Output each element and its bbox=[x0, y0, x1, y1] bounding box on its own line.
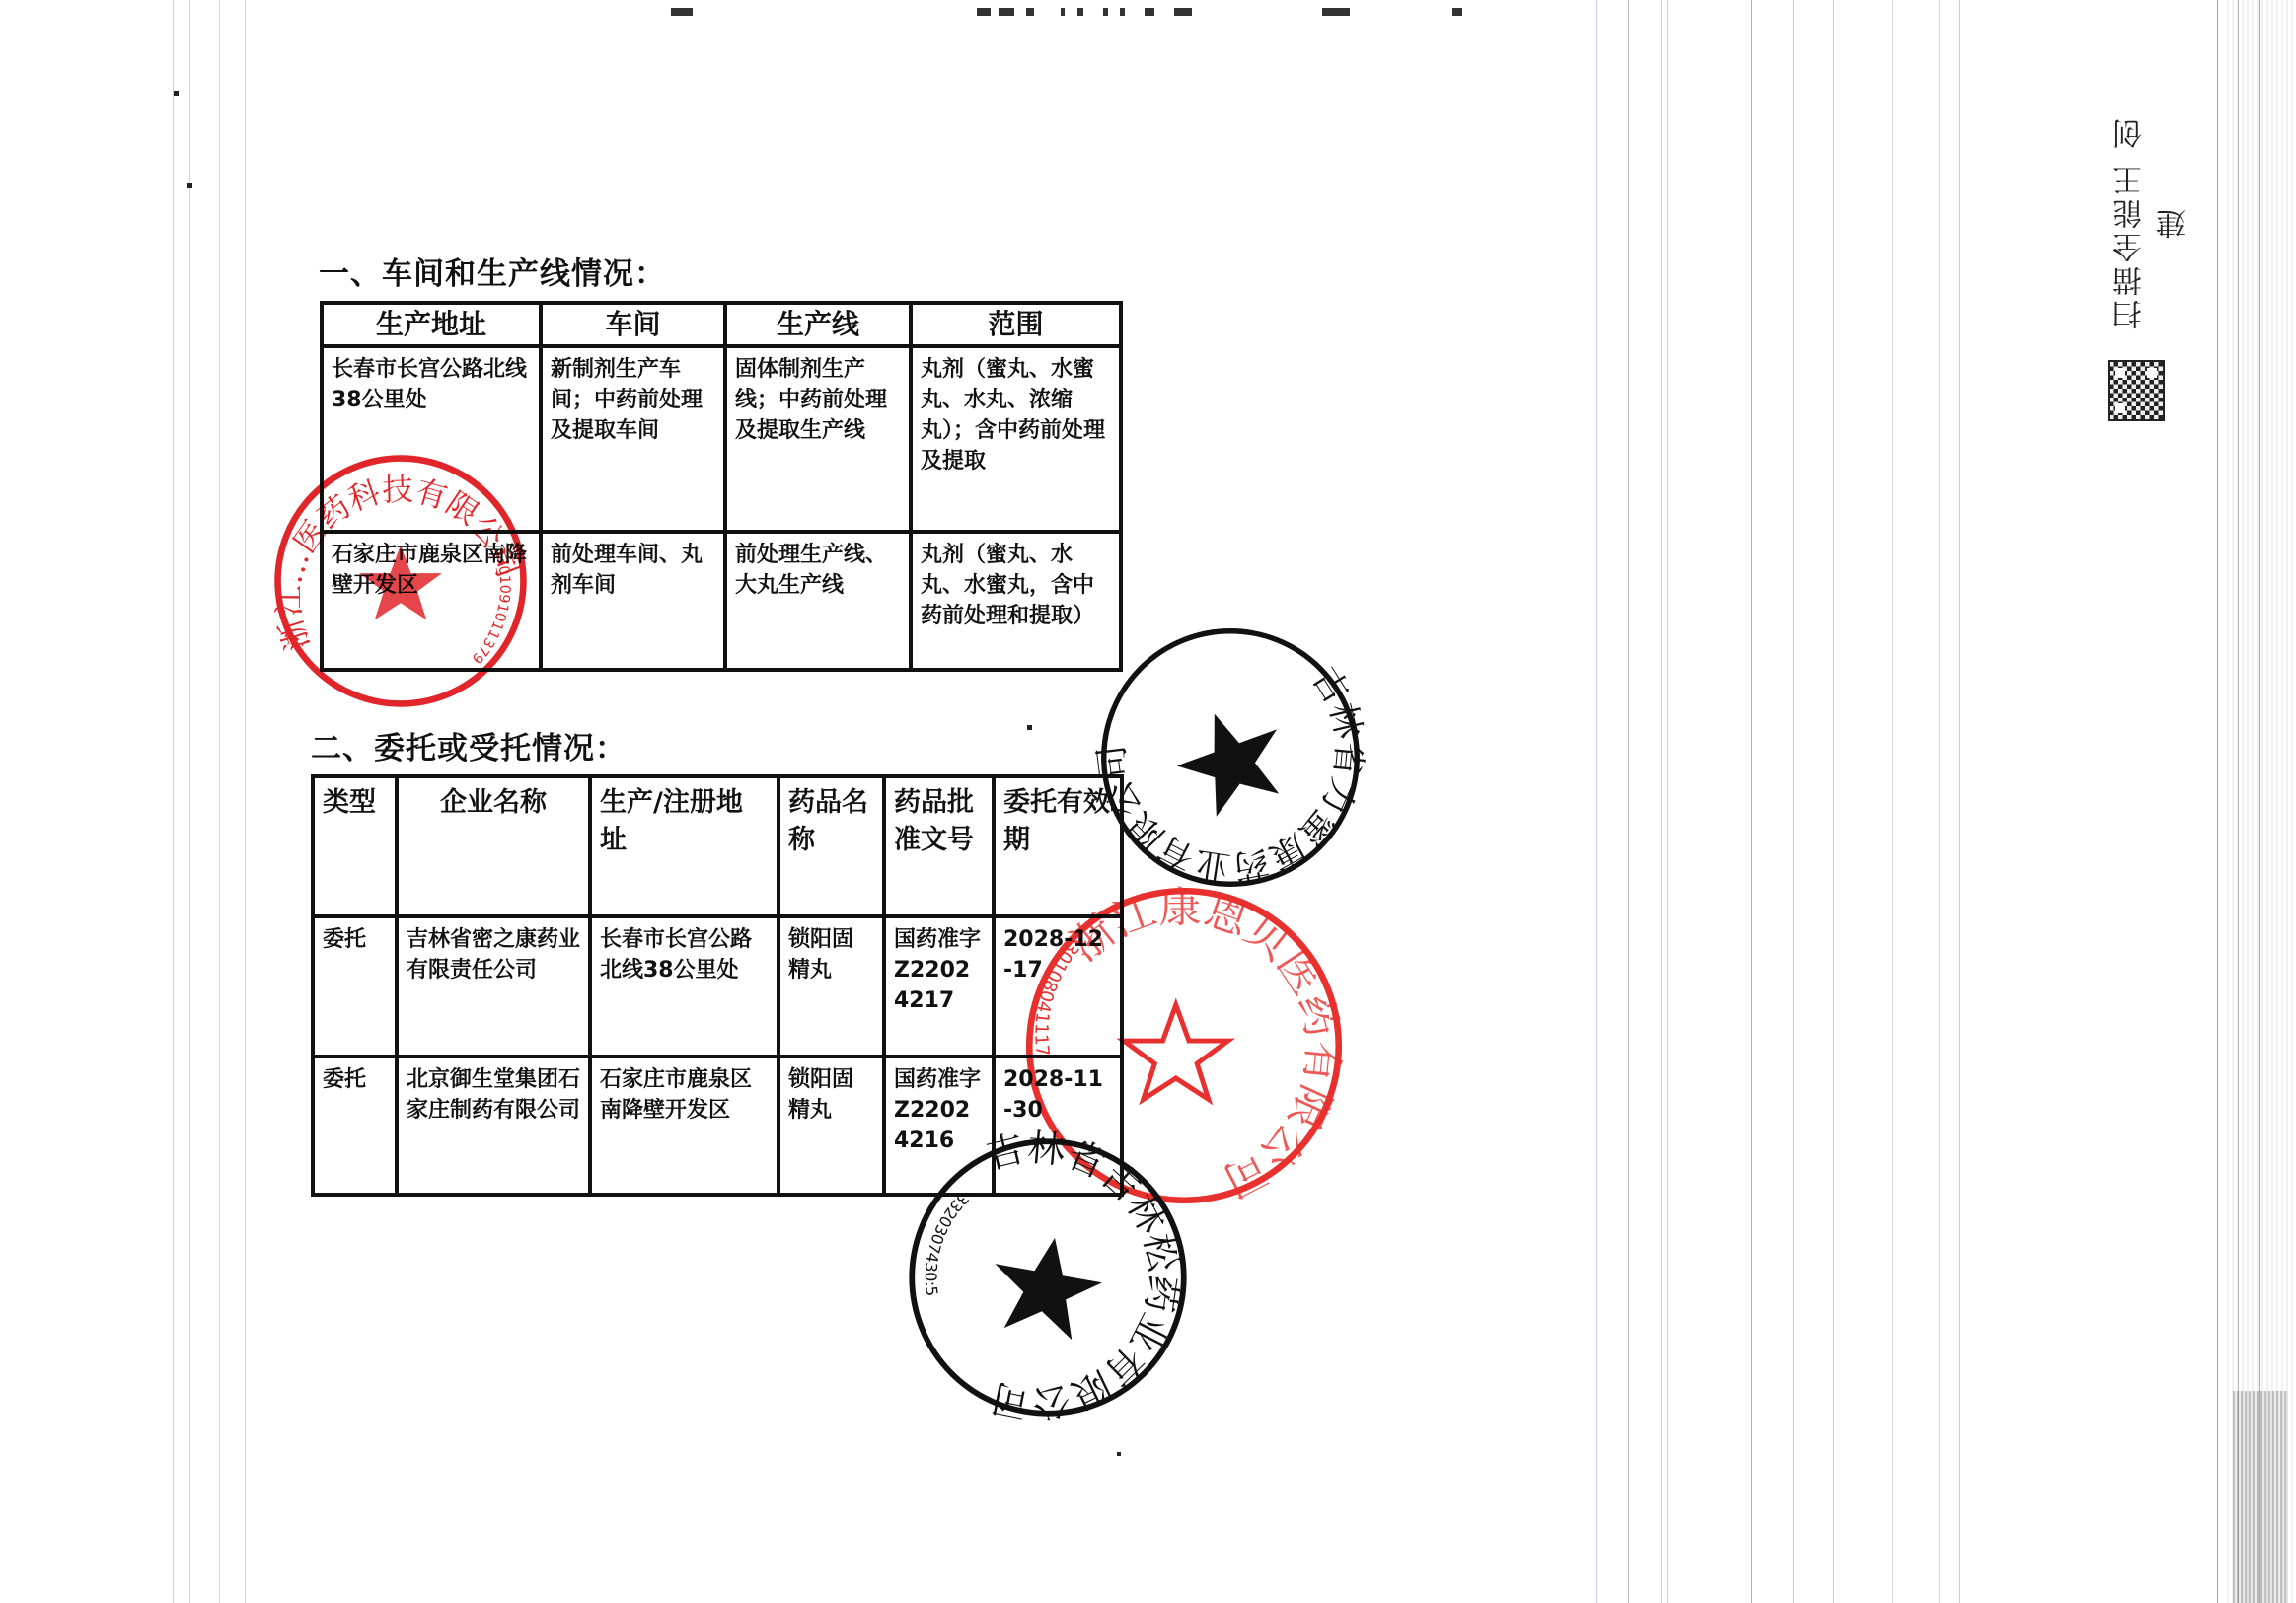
cell-drug: 锁阳固精丸 bbox=[778, 1057, 884, 1195]
svg-text:3320307430:5: 3320307430:5 bbox=[922, 1189, 973, 1297]
cell-drug: 锁阳固精丸 bbox=[778, 916, 884, 1057]
cell-type: 委托 bbox=[313, 916, 397, 1057]
cell-company: 北京御生堂集团石家庄制药有限公司 bbox=[397, 1057, 590, 1195]
scan-speck bbox=[187, 183, 192, 188]
scan-speck bbox=[1117, 1452, 1121, 1456]
header-scope: 范围 bbox=[911, 303, 1121, 346]
cell-company: 吉林省密之康药业有限责任公司 bbox=[397, 916, 590, 1057]
section-title-workshops: 一、车间和生产线情况： bbox=[319, 249, 666, 293]
cell-address: 长春市长宫公路北线38公里处 bbox=[590, 916, 778, 1057]
table-header-row: 生产地址 车间 生产线 范围 bbox=[322, 303, 1121, 346]
cell-approval: 国药准字Z22024216 bbox=[884, 1057, 994, 1195]
cell-scope: 丸剂（蜜丸、水丸、水蜜丸，含中药前处理和提取） bbox=[911, 532, 1121, 670]
header-type: 类型 bbox=[313, 776, 397, 916]
header-company-name: 企业名称 bbox=[397, 776, 590, 916]
header-approval-number: 药品批准文号 bbox=[884, 776, 994, 916]
scanner-watermark: 扫描全能王 创建 bbox=[2102, 99, 2161, 434]
cell-workshop: 新制剂生产车间；中药前处理及提取车间 bbox=[541, 346, 725, 532]
table-row: 委托 吉林省密之康药业有限责任公司 长春市长宫公路北线38公里处 锁阳固精丸 国… bbox=[313, 916, 1122, 1057]
cell-line: 固体制剂生产线；中药前处理及提取生产线 bbox=[725, 346, 911, 532]
entrustment-table: 类型 企业名称 生产/注册地址 药品名称 药品批准文号 委托有效期 委托 吉林省… bbox=[311, 774, 1124, 1197]
scan-edge-shade bbox=[2227, 0, 2296, 1603]
seal-stamp-icon: 吉林省力蜜康药业有限公司 bbox=[1092, 624, 1369, 891]
table-row: 石家庄市鹿泉区南降壁开发区 前处理车间、丸剂车间 前处理生产线、大丸生产线 丸剂… bbox=[322, 532, 1121, 670]
cell-approval: 国药准字Z22024217 bbox=[884, 916, 994, 1057]
header-production-address: 生产地址 bbox=[322, 303, 541, 346]
header-drug-name: 药品名称 bbox=[778, 776, 884, 916]
cell-address: 长春市长宫公路北线38公里处 bbox=[322, 346, 541, 532]
cell-valid-until: 2028-12-17 bbox=[994, 916, 1122, 1057]
table-header-row: 类型 企业名称 生产/注册地址 药品名称 药品批准文号 委托有效期 bbox=[313, 776, 1122, 916]
cell-valid-until: 2028-11-30 bbox=[994, 1057, 1122, 1195]
cell-workshop: 前处理车间、丸剂车间 bbox=[541, 532, 725, 670]
header-workshop: 车间 bbox=[541, 303, 725, 346]
table-row: 委托 北京御生堂集团石家庄制药有限公司 石家庄市鹿泉区南降壁开发区 锁阳固精丸 … bbox=[313, 1057, 1122, 1195]
scan-top-marks bbox=[0, 8, 2296, 20]
scan-speck bbox=[1027, 725, 1032, 730]
qr-code-icon bbox=[2108, 360, 2165, 421]
header-registered-address: 生产/注册地址 bbox=[590, 776, 778, 916]
cell-type: 委托 bbox=[313, 1057, 397, 1195]
header-valid-until: 委托有效期 bbox=[994, 776, 1122, 916]
table-row: 长春市长宫公路北线38公里处 新制剂生产车间；中药前处理及提取车间 固体制剂生产… bbox=[322, 346, 1121, 532]
workshop-table: 生产地址 车间 生产线 范围 长春市长宫公路北线38公里处 新制剂生产车间；中药… bbox=[320, 301, 1123, 672]
cell-line: 前处理生产线、大丸生产线 bbox=[725, 532, 911, 670]
scan-edge-shadow bbox=[2233, 1391, 2288, 1603]
cell-address: 石家庄市鹿泉区南降壁开发区 bbox=[322, 532, 541, 670]
header-production-line: 生产线 bbox=[725, 303, 911, 346]
watermark-label: 扫描全能王 创建 bbox=[2110, 99, 2149, 345]
svg-text:吉林省力蜜康药业有限公司: 吉林省力蜜康药业有限公司 bbox=[1091, 660, 1370, 887]
cell-address: 石家庄市鹿泉区南降壁开发区 bbox=[590, 1057, 778, 1195]
section-title-entrustment: 二、委托或受托情况： bbox=[311, 723, 627, 767]
scan-speck bbox=[174, 91, 179, 96]
cell-scope: 丸剂（蜜丸、水蜜丸、水丸、浓缩丸）；含中药前处理及提取 bbox=[911, 346, 1121, 532]
